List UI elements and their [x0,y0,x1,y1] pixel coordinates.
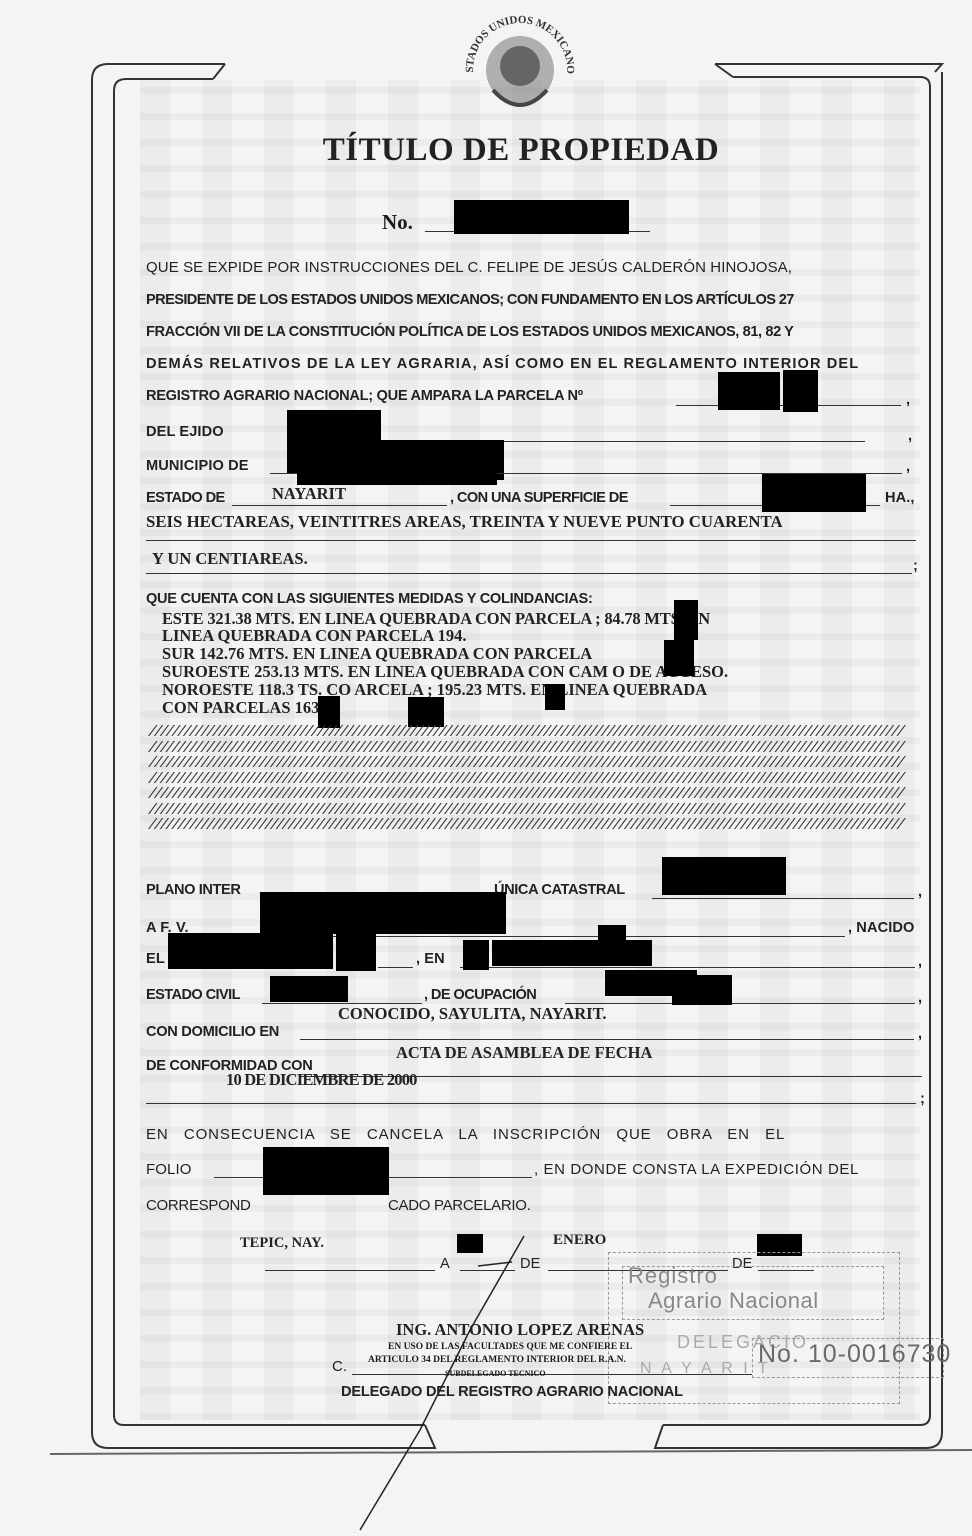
domicilio-value: CONOCIDO, SAYULITA, NAYARIT. [338,1004,607,1024]
date-month: ENERO [553,1232,606,1249]
medidas-line-3: SUR 142.76 MTS. EN LINEA QUEBRADA CON PA… [162,645,592,662]
signatory-c-label: C. [332,1358,347,1375]
signatory-note-1: EN USO DE LAS FACULTADES QUE ME CONFIERE… [388,1342,632,1352]
preamble-line-3: FRACCIÓN VII DE LA CONSTITUCIÓN POLÍTICA… [146,324,794,340]
folio-suffix: , EN DONDE CONSTA LA EXPEDICIÓN DEL [534,1161,859,1178]
domicilio-label: CON DOMICILIO EN [146,1024,279,1040]
municipio-label: MUNICIPIO DE [146,458,249,474]
redacted-municipio-name [297,453,497,485]
title-deed-document: ESTADOS UNIDOS MEXICANOS TÍTULO DE PROPI… [0,0,972,1536]
cancel-line-1: EN CONSECUENCIA SE CANCELA LA INSCRIPCIÓ… [146,1126,785,1143]
redacted-folio [263,1147,389,1195]
preamble-line-1: QUE SE EXPIDE POR INSTRUCCIONES DEL C. F… [146,259,792,276]
redacted-estado-civil [270,976,348,1002]
medidas-line-6: CON PARCELAS 163 Y [162,699,335,716]
date-a-label: A [440,1256,450,1272]
superficie-text-line-1: SEIS HECTAREAS, VEINTITRES AREAS, TREINT… [146,512,783,532]
redacted-birthplace [463,940,489,970]
plano-label: PLANO INTER [146,882,241,898]
preamble-line-5: REGISTRO AGRARIO NACIONAL; QUE AMPARA LA… [146,388,583,404]
en-label: , EN [416,951,445,967]
estado-value: NAYARIT [272,484,346,504]
signatory-note-2: ARTICULO 34 DEL REGLAMENTO INTERIOR DEL … [368,1355,626,1365]
mexican-coat-of-arms-icon: ESTADOS UNIDOS MEXICANOS [455,0,585,130]
date-place: TEPIC, NAY. [240,1235,324,1252]
redacted-day [457,1234,483,1253]
ejido-label: DEL EJIDO [146,424,224,440]
estado-label: ESTADO DE [146,490,225,506]
folio-label: FOLIO [146,1161,192,1178]
signatory-role: DELEGADO DEL REGISTRO AGRARIO NACIONAL [341,1384,683,1400]
title-number-label: No. [382,210,413,235]
signatory-note-3: SUBDELEGADO TECNICO [445,1369,546,1378]
nacido-label: , NACIDO [848,920,914,936]
stamp-line-2: Agrario Nacional [648,1288,819,1314]
redacted-superficie-value [762,474,866,512]
preamble-line-4: DEMÁS RELATIVOS DE LA LEY AGRARIA, ASÍ C… [146,356,859,372]
date-de-label-1: DE [520,1256,540,1272]
document-title: TÍTULO DE PROPIEDAD [0,132,972,169]
estado-civil-label: ESTADO CIVIL [146,987,240,1003]
medidas-line-1: ESTE 321.38 MTS. EN LINEA QUEBRADA CON P… [162,610,710,627]
conformidad-value-1: ACTA DE ASAMBLEA DE FECHA [396,1043,652,1063]
cancel-line-3a: CORRESPOND [146,1197,251,1214]
redacted-parcel-number [718,372,780,410]
redacted-clave-catastral [662,857,786,895]
redacted-title-number [454,200,629,234]
preamble-line-2: PRESIDENTE DE LOS ESTADOS UNIDOS MEXICAN… [146,292,794,308]
superficie-label: , CON UNA SUPERFICIE DE [450,490,628,506]
redacted-colindancia [674,600,698,640]
stamp-folio-number: No. 10-0016730 [758,1340,951,1369]
cancellation-hatch-lines: ////////////////////////////////////////… [148,725,908,834]
conformidad-value-2: 10 DE DICIEMBRE DE 2000 [226,1070,417,1090]
ocupacion-label: , DE OCUPACIÓN [424,987,536,1003]
medidas-heading: QUE CUENTA CON LAS SIGUIENTES MEDIDAS Y … [146,591,593,607]
redacted-plano-text [260,892,506,934]
ha-label: HA., [885,490,915,506]
cancel-line-3b: CADO PARCELARIO. [388,1197,530,1214]
stamp-line-1: Registro [628,1263,718,1289]
redacted-owner-name [168,933,333,969]
superficie-text-line-2: Y UN CENTIAREAS. [152,549,308,569]
medidas-line-4: SUROESTE 253.13 MTS. EN LINEA QUEBRADA C… [162,663,728,680]
catastral-label: ÚNICA CATASTRAL [494,882,625,898]
medidas-line-5: NOROESTE 118.3 TS. CO ARCELA ; 195.23 MT… [162,681,707,698]
signatory-name: ING. ANTONIO LOPEZ ARENAS [396,1320,644,1340]
medidas-line-2: LINEA QUEBRADA CON PARCELA 194. [162,627,467,644]
el-label: EL [146,951,165,967]
